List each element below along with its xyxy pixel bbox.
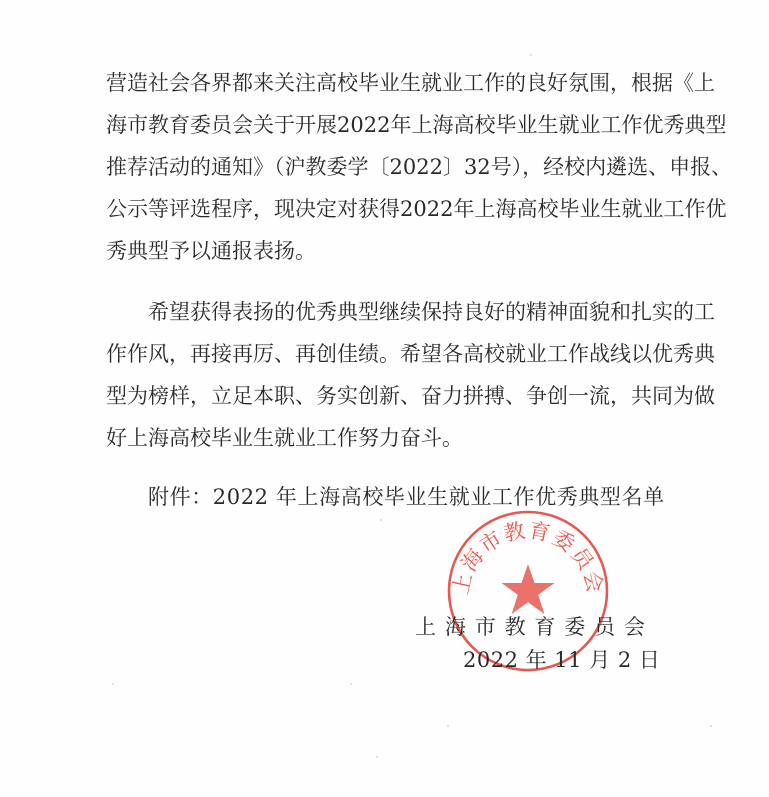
text-line: 型为榜样，立足本职、务实创新、奋力拼搏、争创一流，共同为做 xyxy=(106,383,692,409)
issuer-signature: 上海市教育委员会 xyxy=(415,614,645,640)
scan-speck xyxy=(530,54,532,56)
scan-speck xyxy=(447,725,449,727)
text-line: 秀典型予以通报表扬。 xyxy=(106,238,692,264)
text-line: 公示等评选程序，现决定对获得2022年上海高校毕业生就业工作优 xyxy=(106,196,692,222)
document-page: 营造社会各界都来关注高校毕业生就业工作的良好氛围，根据《上 海市教育委员会关于开… xyxy=(0,0,769,797)
text-line: 营造社会各界都来关注高校毕业生就业工作的良好氛围，根据《上 xyxy=(106,70,692,96)
seal-text: 上海市教育委员会 xyxy=(448,518,607,597)
text-line: 好上海高校毕业生就业工作努力奋斗。 xyxy=(106,425,692,451)
text-line: 作作风，再接再厉、再创佳绩。希望各高校就业工作战线以优秀典 xyxy=(106,341,692,367)
scan-speck xyxy=(350,683,352,685)
text-line: 希望获得表扬的优秀典型继续保持良好的精神面貌和扎实的工 xyxy=(148,299,692,325)
text-line: 海市教育委员会关于开展2022年上海高校毕业生就业工作优秀典型 xyxy=(106,112,692,138)
scan-speck xyxy=(710,725,712,727)
attachment-note: 附件：2022 年上海高校毕业生就业工作优秀典型名单 xyxy=(148,484,665,510)
scan-speck xyxy=(380,519,382,521)
star-icon xyxy=(502,564,555,614)
scan-speck xyxy=(376,756,378,758)
text-line: 推荐活动的通知》（沪教委学〔2022〕32号），经校内遴选、申报、 xyxy=(106,154,692,180)
scan-speck xyxy=(112,683,114,685)
issue-date: 2022 年 11 月 2 日 xyxy=(463,647,660,673)
